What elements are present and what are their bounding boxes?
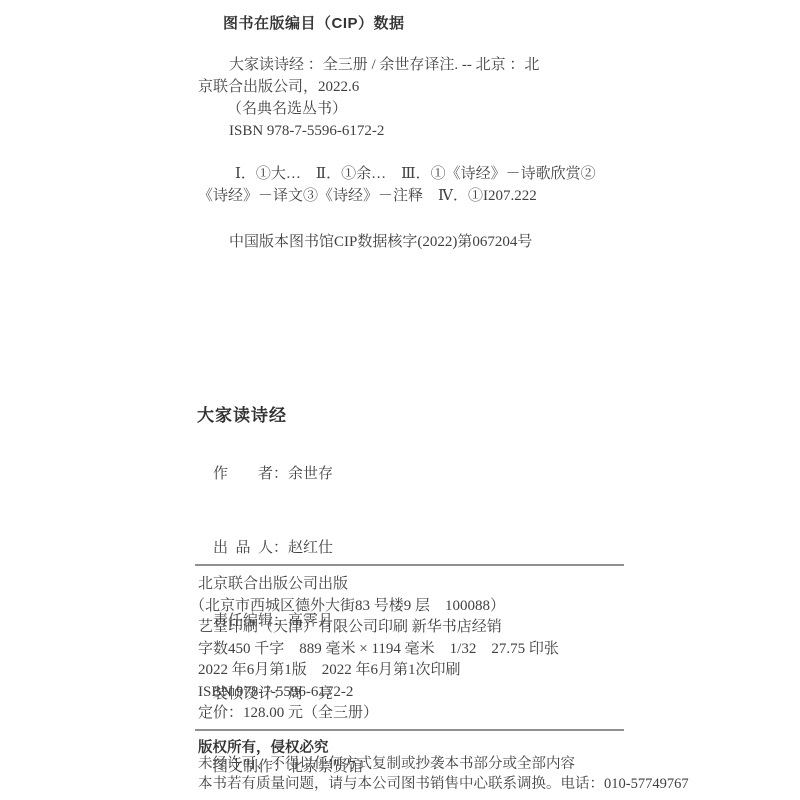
quality-contact: 本书若有质量问题，请与本公司图书销售中心联系调换。电话：010-57749767 [198, 775, 689, 795]
copyright-restriction: 未经许可、不得以任何方式复制或抄袭本书部分或全部内容 [198, 755, 689, 775]
isbn-line: ISBN 978-7-5596-6172-2 [198, 682, 559, 704]
copyright-details: 未经许可、不得以任何方式复制或抄袭本书部分或全部内容 本书若有质量问题，请与本公… [198, 755, 689, 794]
publisher-address: （北京市西城区德外大街83 号楼9 层 100088） [190, 596, 559, 618]
credit-row-author: 作 者：余世存 [198, 438, 363, 511]
cip-record: 大家读诗经 ：全三册 / 余世存译注. -- 北京 ：北 京联合出版公司，202… [198, 54, 539, 142]
publisher-line: 北京联合出版公司出版 [198, 574, 559, 596]
credit-label: 作 者 [213, 462, 273, 486]
publication-info: 北京联合出版公司出版 （北京市西城区德外大街83 号楼9 层 100088） 艺… [198, 574, 559, 725]
credit-colon: ： [273, 540, 288, 556]
cip-classification-line-1: Ⅰ．①大… Ⅱ．①余… Ⅲ．①《诗经》－诗歌欣赏② [198, 163, 596, 185]
cip-heading: 图书在版编目（CIP）数据 [223, 12, 405, 33]
cip-classification-line-2: 《诗经》－译文③《诗经》－注释 Ⅳ．①I207.222 [198, 185, 596, 207]
cip-record-line-2: 京联合出版公司，2022.6 [198, 76, 539, 98]
cip-registry-number: 中国版本图书馆CIP数据核字(2022)第067204号 [229, 231, 532, 253]
cip-record-line-1: 大家读诗经 ：全三册 / 余世存译注. -- 北京 ：北 [198, 54, 539, 76]
book-title: 大家读诗经 [197, 401, 287, 426]
edition-printing: 2022 年6月第1版 2022 年6月第1次印刷 [198, 660, 559, 682]
printer-distributor: 艺堂印刷（天津）有限公司印刷 新华书店经销 [198, 617, 559, 639]
format-specs: 字数450 千字 889 毫米 × 1194 毫米 1/32 27.75 印张 [198, 639, 559, 661]
book-copyright-page: { "cip": { "heading": "图书在版编目（CIP）数据", "… [0, 0, 800, 800]
credit-colon: ： [273, 466, 288, 482]
credit-value: 余世存 [288, 466, 333, 482]
cip-series-note: （名典名选丛书） [198, 98, 539, 120]
price-line: 定价：128.00 元（全三册） [198, 703, 559, 725]
cip-isbn: ISBN 978-7-5596-6172-2 [198, 120, 539, 142]
divider-line-top [195, 564, 624, 566]
cip-classification: Ⅰ．①大… Ⅱ．①余… Ⅲ．①《诗经》－诗歌欣赏② 《诗经》－译文③《诗经》－注… [198, 163, 596, 207]
credit-value: 赵红仕 [288, 540, 333, 556]
credit-label: 出 品 人 [213, 536, 273, 560]
copyright-notice: 版权所有，侵权必究 [198, 736, 329, 757]
divider-line-bottom [195, 729, 624, 731]
